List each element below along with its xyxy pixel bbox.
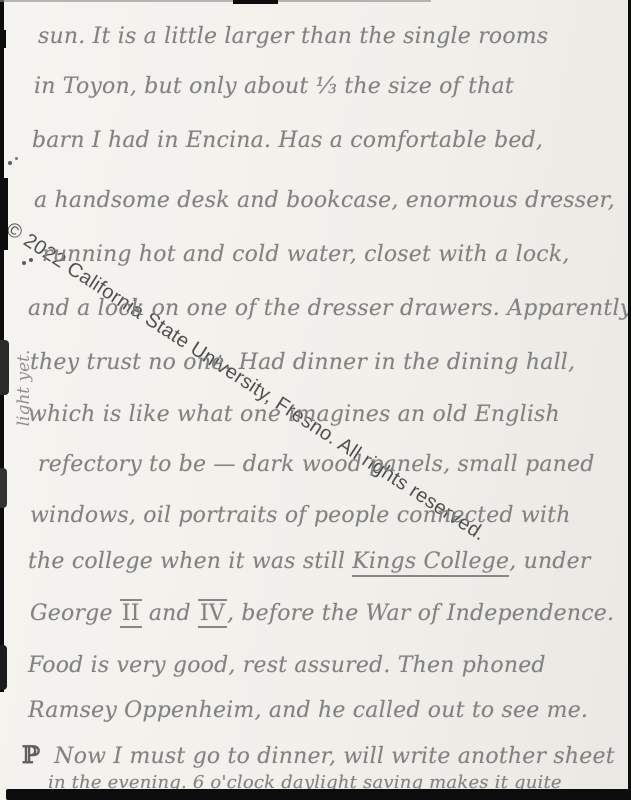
stray-pencil-dot [8, 161, 12, 165]
manuscript-line: in Toyon, but only about ⅓ the size of t… [34, 74, 514, 99]
manuscript-line: barn I had in Encina. Has a comfortable … [32, 128, 543, 153]
manuscript-line: which is like what one imagines an old E… [28, 402, 560, 427]
scan-edge-bottom-bar [6, 789, 631, 800]
roman-numeral-ii: II [120, 599, 142, 628]
manuscript-line: a handsome desk and bookcase, enormous d… [34, 188, 615, 213]
stray-pencil-dot [15, 157, 18, 160]
line-text: George [30, 601, 120, 626]
scan-edge-left-notch [0, 30, 6, 48]
scan-edge-top-segment [233, 0, 278, 4]
roman-numeral-iv: IV [198, 599, 227, 628]
manuscript-line: they trust no one. Had dinner in the din… [30, 350, 575, 375]
handwritten-letter-scan: © 2022 California State University, Fres… [0, 0, 631, 800]
manuscript-line: the college when it was still Kings Coll… [28, 549, 591, 574]
scan-edge-top-hairline [0, 0, 431, 2]
manuscript-line: Ramsey Oppenheim, and he called out to s… [28, 698, 588, 723]
line-text: the college when it was still [28, 549, 352, 574]
scan-edge-smudge [0, 468, 7, 508]
margin-note-vertical: light yet. [14, 330, 34, 446]
manuscript-line: Food is very good, rest assured. Then ph… [28, 653, 546, 678]
scan-edge-smudge [0, 340, 9, 395]
manuscript-line: George II and IV, before the War of Inde… [30, 601, 614, 626]
manuscript-line: and a lock on one of the dresser drawers… [28, 296, 631, 321]
paragraph-mark: ℙ [22, 740, 40, 769]
scan-edge-left-wide [0, 178, 8, 250]
manuscript-line: ℙNow I must go to dinner, will write ano… [22, 740, 615, 769]
scan-edge-smudge [0, 645, 7, 690]
manuscript-line: refectory to be — dark wood panels, smal… [38, 452, 595, 477]
line-text: Now I must go to dinner, will write anot… [54, 744, 615, 769]
line-text: , under [509, 549, 590, 574]
manuscript-line: running hot and cold water, closet with … [42, 242, 570, 267]
underlined-phrase-kings-college: Kings College [352, 549, 509, 577]
stray-pencil-dot [29, 258, 33, 262]
manuscript-line: sun. It is a little larger than the sing… [38, 24, 548, 49]
stray-pencil-dot [22, 261, 26, 265]
line-text: , before the War of Independence. [227, 601, 614, 626]
line-text: and [142, 601, 198, 626]
copyright-watermark: © 2022 California State University, Fres… [1, 218, 489, 546]
manuscript-line: windows, oil portraits of people connect… [30, 503, 571, 528]
